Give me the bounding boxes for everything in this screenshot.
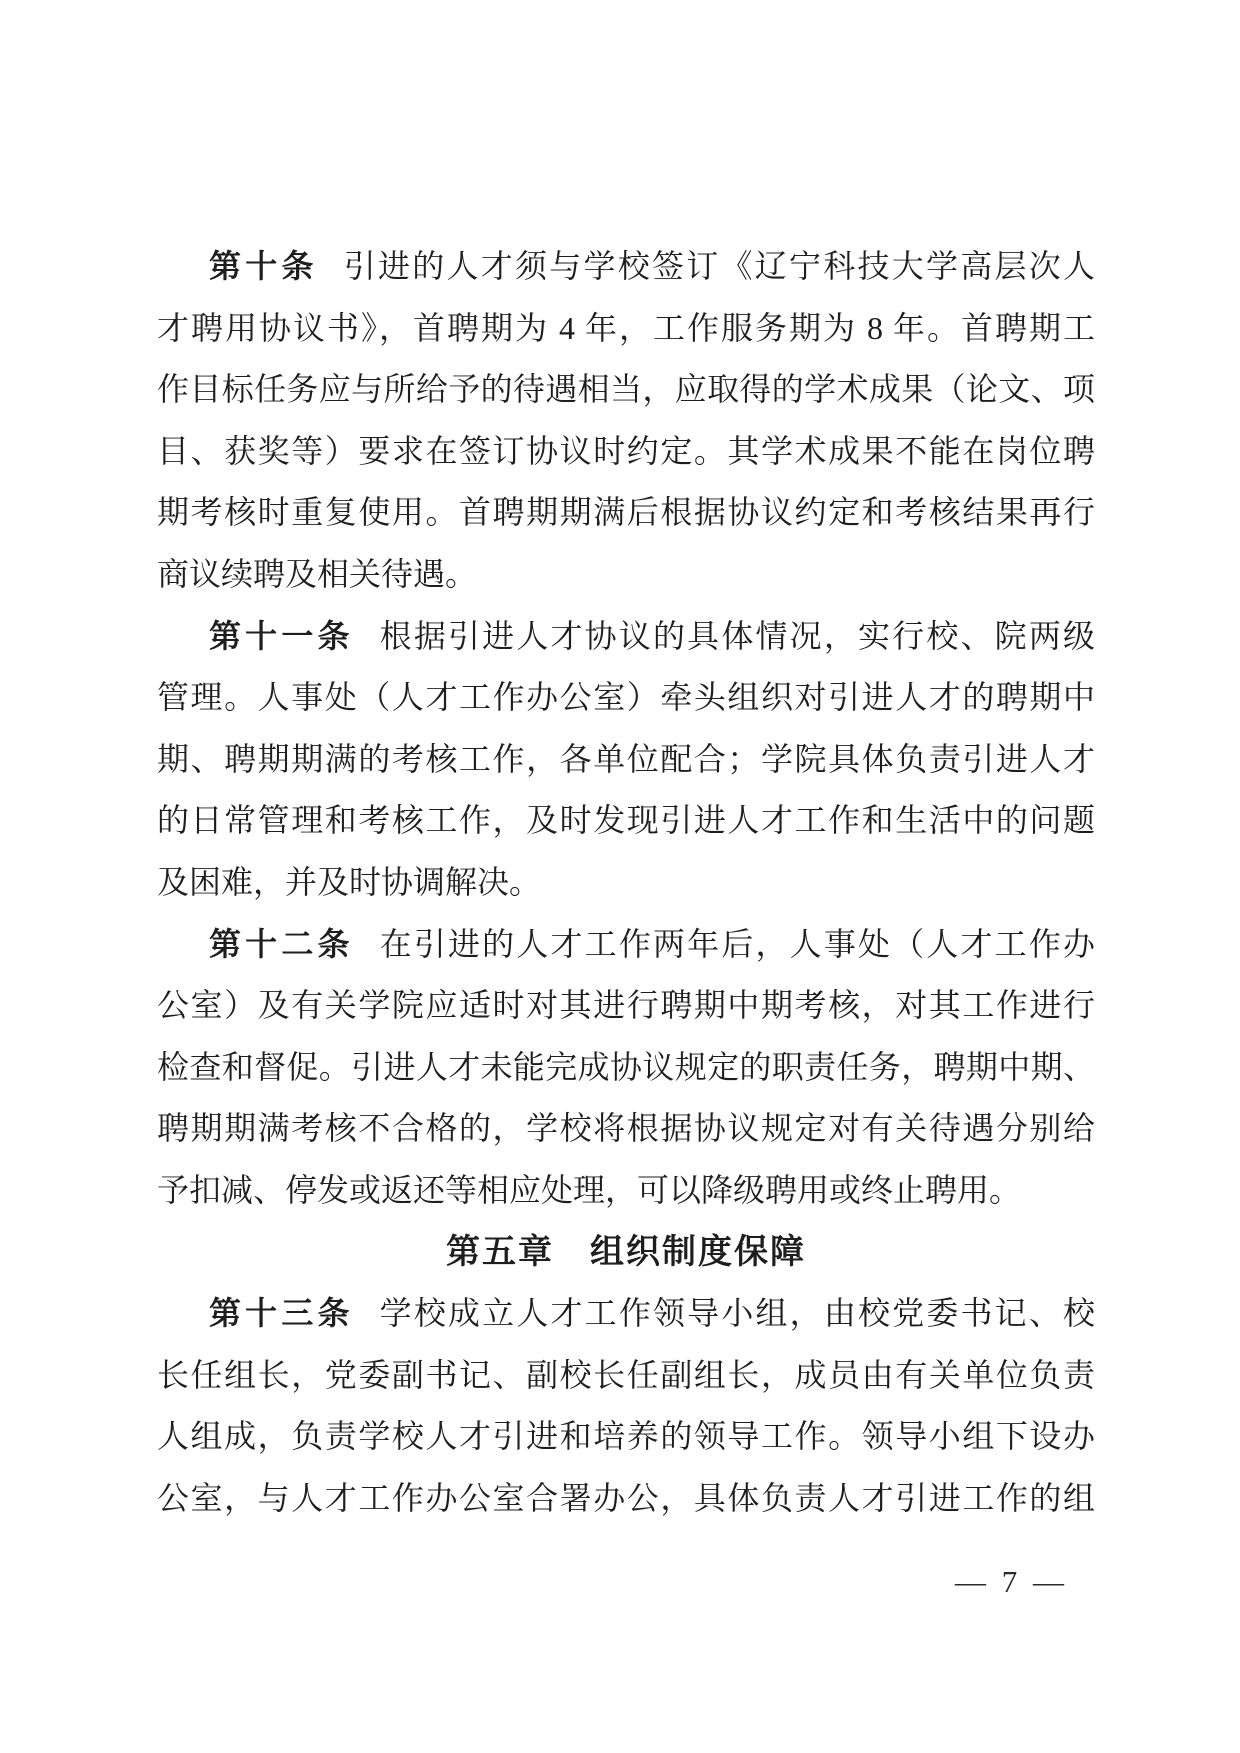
article-line: 人组成，负责学校人才引进和培养的领导工作。领导小组下设办 bbox=[157, 1406, 1095, 1468]
article-line: 作目标任务应与所给予的待遇相当，应取得的学术成果（论文、项 bbox=[157, 359, 1095, 421]
page-number: — 7 — bbox=[0, 1560, 1240, 1604]
article-line: 的日常管理和考核工作，及时发现引进人才工作和生活中的问题 bbox=[157, 790, 1095, 852]
article-line-text: 根据引进人才协议的具体情况，实行校、院两级 bbox=[380, 618, 1095, 654]
article-line: 公室，与人才工作办公室合署办公，具体负责人才引进工作的组 bbox=[157, 1468, 1095, 1530]
article-line: 予扣减、停发或返还等相应处理，可以降级聘用或终止聘用。 bbox=[157, 1160, 1095, 1222]
article-13-number: 第十三条 bbox=[209, 1295, 354, 1331]
article-10-first-line: 第十条引进的人才须与学校签订《辽宁科技大学高层次人 bbox=[157, 236, 1095, 298]
text-block: 第十条引进的人才须与学校签订《辽宁科技大学高层次人 才聘用协议书》，首聘期为 4… bbox=[157, 236, 1095, 1529]
article-line: 期、聘期期满的考核工作，各单位配合；学院具体负责引进人才 bbox=[157, 729, 1095, 791]
article-line-text: 学校成立人才工作领导小组，由校党委书记、校 bbox=[380, 1295, 1095, 1331]
article-line: 商议续聘及相关待遇。 bbox=[157, 544, 1095, 606]
article-line: 目、获奖等）要求在签订协议时约定。其学术成果不能在岗位聘 bbox=[157, 421, 1095, 483]
article-line: 聘期期满考核不合格的，学校将根据协议规定对有关待遇分别给 bbox=[157, 1098, 1095, 1160]
article-line-text: 引进的人才须与学校签订《辽宁科技大学高层次人 bbox=[344, 248, 1095, 284]
article-11-number: 第十一条 bbox=[209, 618, 354, 654]
article-line: 管理。人事处（人才工作办公室）牵头组织对引进人才的聘期中 bbox=[157, 667, 1095, 729]
article-line: 才聘用协议书》，首聘期为 4 年，工作服务期为 8 年。首聘期工 bbox=[157, 298, 1095, 360]
article-12-number: 第十二条 bbox=[209, 926, 354, 962]
article-line: 检查和督促。引进人才未能完成协议规定的职责任务，聘期中期、 bbox=[157, 1037, 1095, 1099]
chapter-heading: 第五章 组织制度保障 bbox=[157, 1222, 1095, 1284]
article-line: 期考核时重复使用。首聘期期满后根据协议约定和考核结果再行 bbox=[157, 482, 1095, 544]
article-line-text: 在引进的人才工作两年后，人事处（人才工作办 bbox=[380, 926, 1095, 962]
article-line: 长任组长，党委副书记、副校长任副组长，成员由有关单位负责 bbox=[157, 1345, 1095, 1407]
document-page: 第十条引进的人才须与学校签订《辽宁科技大学高层次人 才聘用协议书》，首聘期为 4… bbox=[0, 0, 1240, 1753]
article-line: 公室）及有关学院应适时对其进行聘期中期考核，对其工作进行 bbox=[157, 975, 1095, 1037]
article-line: 及困难，并及时协调解决。 bbox=[157, 852, 1095, 914]
article-11-first-line: 第十一条根据引进人才协议的具体情况，实行校、院两级 bbox=[157, 606, 1095, 668]
article-12-first-line: 第十二条在引进的人才工作两年后，人事处（人才工作办 bbox=[157, 914, 1095, 976]
article-10-number: 第十条 bbox=[209, 248, 318, 284]
article-13-first-line: 第十三条学校成立人才工作领导小组，由校党委书记、校 bbox=[157, 1283, 1095, 1345]
